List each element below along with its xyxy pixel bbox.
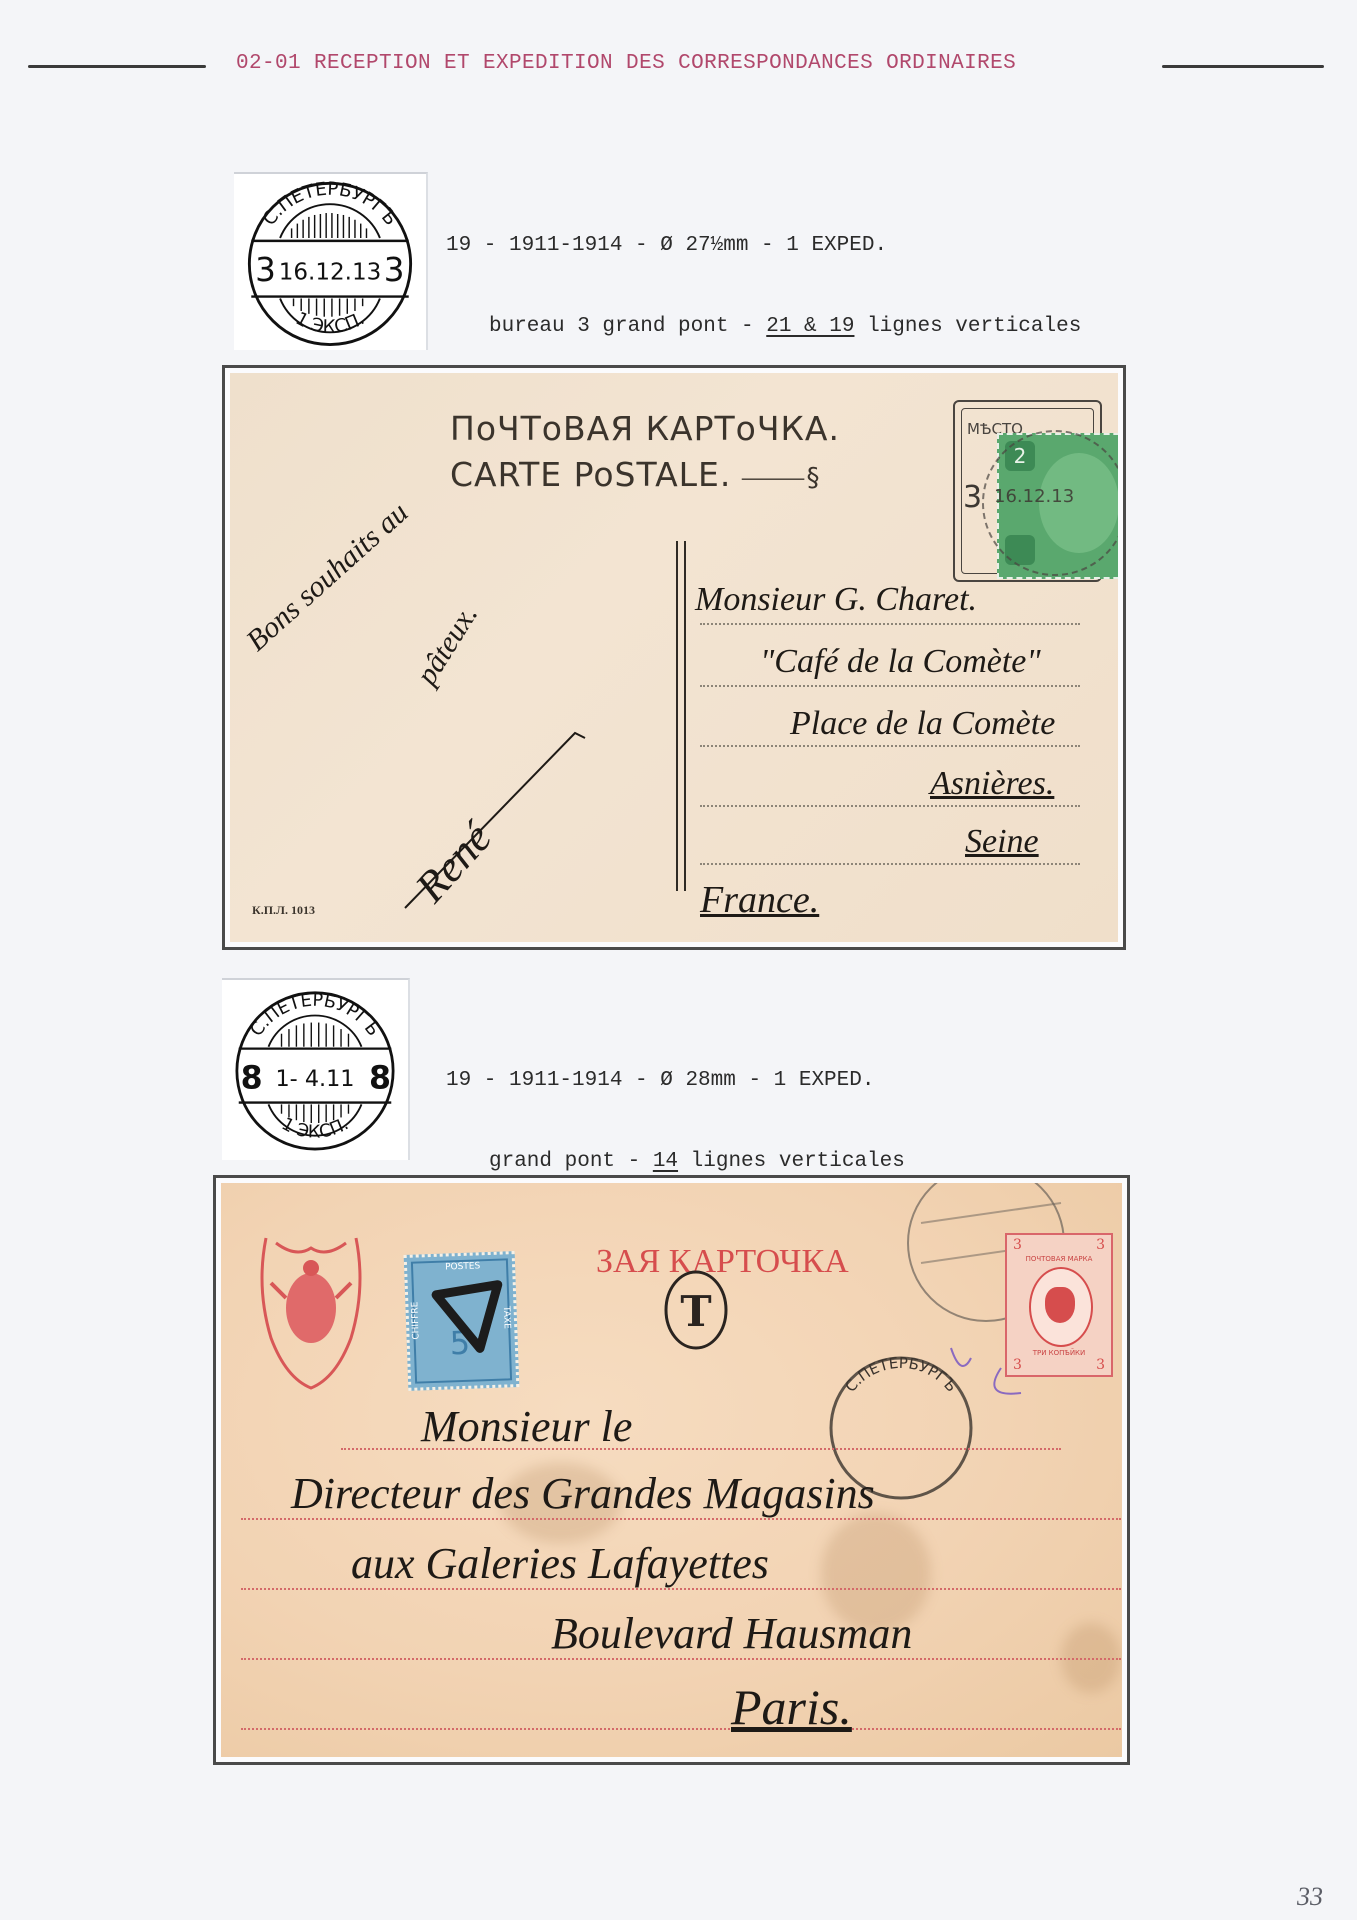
postmark-date: 16.12.13: [279, 259, 382, 285]
postage-due-stamp-5-centimes: POSTES CHIFFRE TAXE 5: [404, 1251, 520, 1391]
description-text: lignes verticales: [854, 315, 1081, 338]
description-line: 19 - 1911-1914 - Ø 27½mm - 1 EXPED.: [446, 232, 1094, 259]
postmark-bottom-text: 1 ЭКСП.: [292, 308, 368, 338]
address-line-text: Place de la Comète: [790, 705, 1055, 743]
stamp-top-label: POSTES: [445, 1261, 480, 1272]
stamp-value: 3: [1096, 1357, 1105, 1373]
imperial-eagle-emblem-icon: [256, 1228, 366, 1393]
header-rule-left: [28, 65, 206, 68]
postmark-date: 1- 4.11: [275, 1066, 354, 1092]
address-country: France.: [700, 878, 819, 922]
page-number: 33: [1297, 1882, 1323, 1912]
address-recipient: Monsieur le: [421, 1401, 632, 1452]
description-underlined: 14: [653, 1150, 678, 1173]
cancellation-postmark-icon: [950, 418, 1118, 588]
stamp-value: 3: [1013, 1237, 1022, 1253]
description-text: bureau 3 grand pont -: [489, 315, 766, 338]
description-underlined: 21 & 19: [766, 315, 854, 338]
card-title-french: CARTE PoSTALE. ⸻︎§: [450, 455, 821, 494]
handwritten-message-line: pâteux.: [410, 599, 485, 691]
address-line: [700, 745, 1080, 747]
postmark-office-right: 3: [384, 251, 405, 289]
address-line: [241, 1728, 1121, 1730]
card-title-french-text: CARTE PoSTALE.: [450, 455, 731, 494]
stamp-top-label: ПОЧТОВАЯ МАРКА: [1019, 1255, 1099, 1263]
postmark-office-left: 3: [255, 251, 276, 289]
address-city: Paris.: [731, 1678, 852, 1736]
postmark-city-text: С.ПЕТЕРБУРГЪ: [841, 1354, 960, 1396]
address-department: Seine: [965, 823, 1039, 861]
postmark-bottom-text: 1 ЭКСП.: [278, 1114, 352, 1142]
address-line-text: aux Galeries Lafayettes: [351, 1538, 769, 1589]
address-line: [700, 863, 1080, 865]
header-rule-right: [1162, 65, 1324, 68]
address-city: Asnières.: [930, 765, 1054, 803]
description-text: grand pont -: [489, 1150, 653, 1173]
eagle-oval-icon: [1029, 1267, 1093, 1347]
postmark-office-right: 8: [369, 1061, 391, 1097]
stamp-value: 3: [1096, 1237, 1105, 1253]
postcard-2: ЗАЯ КАРТОЧКА POSTES CHIFFRE TAXE 5 T 3 3: [221, 1183, 1122, 1757]
address-line: [700, 685, 1080, 687]
postmark-illustration-1: С.ПЕТЕРБУРГЪ 3 16.12.13 3 1 ЭКСП.: [234, 172, 428, 350]
flourish-icon: ⸻︎§: [731, 463, 820, 493]
address-street: Boulevard Hausman: [551, 1608, 912, 1659]
svg-text:С.ПЕТЕРБУРГЪ: С.ПЕТЕРБУРГЪ: [841, 1354, 960, 1396]
address-line: [700, 805, 1080, 807]
description-text: lignes verticales: [678, 1150, 905, 1173]
card-divider: [676, 541, 686, 891]
postcard-1: ПоЧТоВАЯ КАРТоЧКА. CARTE PoSTALE. ⸻︎§ МѢ…: [230, 373, 1118, 942]
postcard-mount-2: ЗАЯ КАРТОЧКА POSTES CHIFFRE TAXE 5 T 3 3: [213, 1175, 1130, 1765]
stamp-left-label: CHIFFRE: [410, 1301, 421, 1339]
page-title: 02-01 RECEPTION ET EXPEDITION DES CORRES…: [236, 52, 1136, 75]
postcard-mount-1: ПоЧТоВАЯ КАРТоЧКА. CARTE PoSTALE. ⸻︎§ МѢ…: [222, 365, 1126, 950]
handwritten-message-line: Bons souhaits au: [240, 496, 415, 658]
postmark-office-left: 8: [241, 1061, 263, 1097]
publisher-code: К.П.Л. 1013: [252, 903, 315, 918]
description-line: 19 - 1911-1914 - Ø 28mm - 1 EXPED.: [446, 1067, 1031, 1094]
tax-mark-circle-icon: T: [661, 1268, 731, 1353]
tax-mark-letter: T: [680, 1287, 711, 1336]
page-header: 02-01 RECEPTION ET EXPEDITION DES CORRES…: [0, 52, 1357, 92]
signature-flourish-icon: [400, 718, 600, 918]
address-recipient: Monsieur G. Charet.: [695, 581, 977, 619]
svg-text:1 ЭКСП.: 1 ЭКСП.: [292, 308, 368, 338]
address-line-text: "Café de la Comète": [760, 643, 1041, 681]
description-line: grand pont - 14 lignes verticales: [446, 1148, 1031, 1175]
description-line: bureau 3 grand pont - 21 & 19 lignes ver…: [446, 313, 1094, 340]
triangle-cancel-icon: [427, 1272, 510, 1355]
svg-text:1 ЭКСП.: 1 ЭКСП.: [278, 1114, 352, 1142]
postmark-illustration-2: С.ПЕТЕРБУРГЪ 8 1- 4.11 8 1 ЭКСП.: [222, 978, 410, 1160]
address-line: [700, 623, 1080, 625]
card-title-russian: ПоЧТоВАЯ КАРТоЧКА.: [450, 409, 840, 448]
address-line-text: Directeur des Grandes Magasins: [291, 1468, 875, 1519]
